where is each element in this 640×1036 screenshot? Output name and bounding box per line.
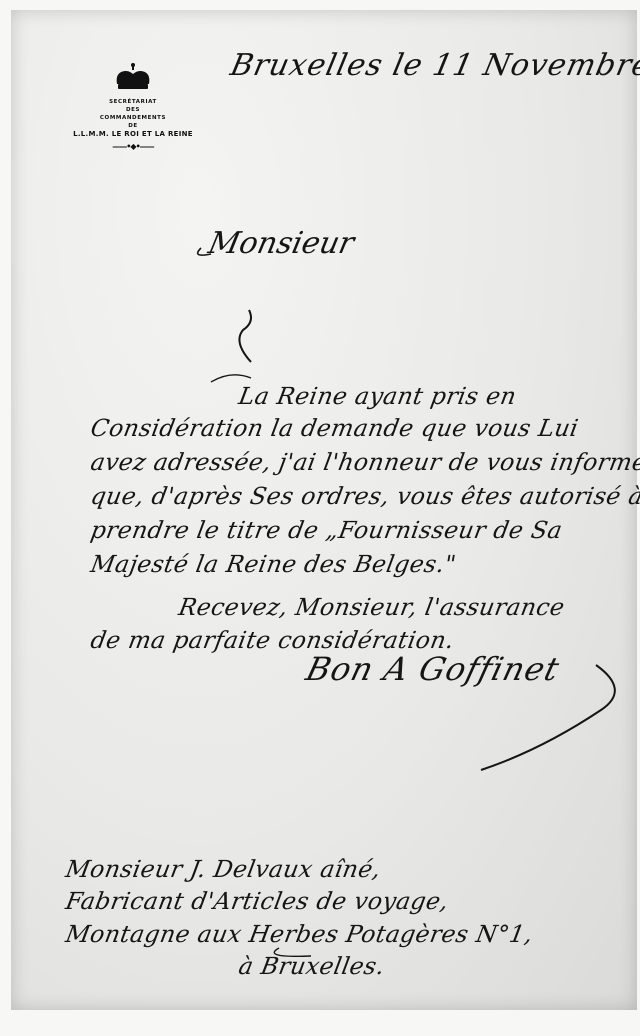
address-line-1: Monsieur J. Delvaux aîné, bbox=[64, 855, 384, 883]
body-line-2: Considération la demande que vous Lui bbox=[89, 414, 581, 442]
salutation: Monsieur bbox=[205, 226, 357, 261]
address-line-3: Montagne aux Herbes Potagères N°1, bbox=[64, 920, 536, 948]
signature: Bon A Goffinet bbox=[302, 650, 563, 688]
letterhead-line-2: DES bbox=[63, 106, 203, 114]
address-line-4: à Bruxelles. bbox=[237, 952, 387, 980]
date-line: Bruxelles le 11 Novembre 1883. bbox=[227, 48, 640, 83]
crown-icon bbox=[113, 62, 153, 92]
letterhead-line-4: DE bbox=[63, 122, 203, 130]
closing-line-1: Recevez, Monsieur, l'assurance bbox=[177, 593, 567, 621]
body-line-4: que, d'après Ses ordres, vous êtes autor… bbox=[89, 482, 640, 510]
body-line-5: prendre le titre de „Fournisseur de Sa bbox=[89, 516, 565, 544]
letterhead: SECRÉTARIAT DES COMMANDEMENTS DE L.L.M.M… bbox=[63, 62, 203, 151]
letter-sheet: SECRÉTARIAT DES COMMANDEMENTS DE L.L.M.M… bbox=[11, 10, 637, 1010]
body-line-6: Majesté la Reine des Belges." bbox=[89, 550, 459, 578]
letterhead-line-3: COMMANDEMENTS bbox=[63, 114, 203, 122]
body-line-1: La Reine ayant pris en bbox=[237, 382, 519, 410]
letterhead-line-1: SECRÉTARIAT bbox=[63, 98, 203, 106]
body-line-3: avez adressée, j'ai l'honneur de vous in… bbox=[89, 448, 640, 476]
letterhead-ornament: ——•◆•—— bbox=[63, 142, 203, 151]
letterhead-line-5: L.L.M.M. LE ROI ET LA REINE bbox=[63, 130, 203, 138]
address-line-2: Fabricant d'Articles de voyage, bbox=[64, 887, 451, 915]
